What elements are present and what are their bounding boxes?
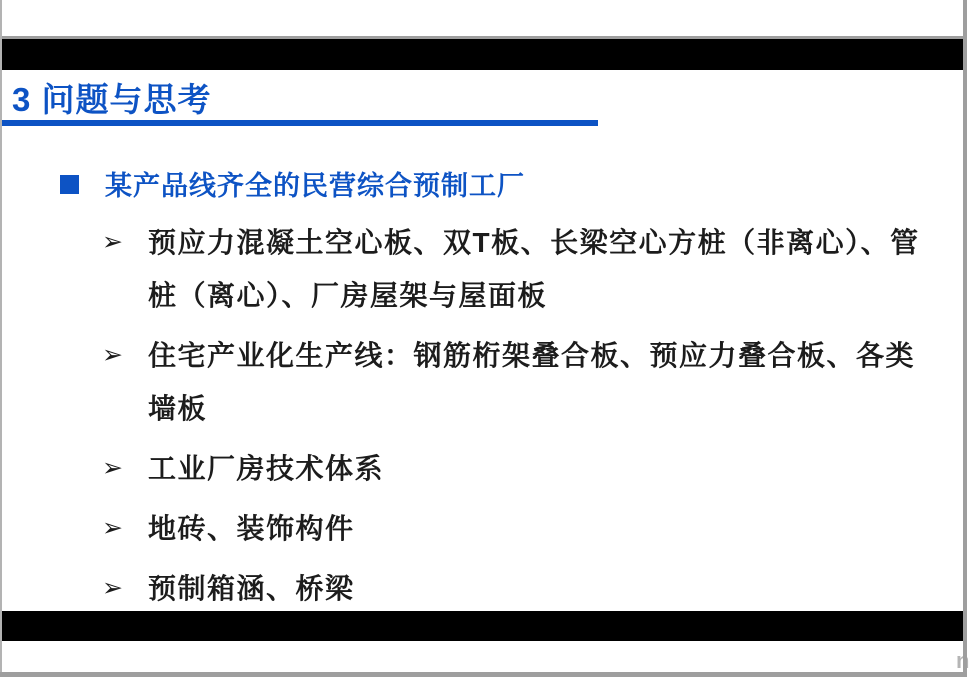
arrow-bullet-icon: ➢	[102, 329, 148, 382]
slide-left-edge	[0, 0, 2, 677]
section-heading-row: 某产品线齐全的民营综合预制工厂	[60, 164, 525, 203]
bullet-item: ➢ 工业厂房技术体系	[102, 442, 942, 495]
bullet-text: 地砖、装饰构件	[148, 502, 940, 555]
bullet-item: ➢ 预应力混凝土空心板、双T板、长梁空心方桩（非离心）、管桩（离心）、厂房屋架与…	[102, 216, 942, 322]
bullet-text: 预制箱涵、桥梁	[148, 562, 940, 615]
bullet-text: 住宅产业化生产线：钢筋桁架叠合板、预应力叠合板、各类墙板	[148, 329, 940, 435]
bullet-item: ➢ 预制箱涵、桥梁	[102, 562, 942, 615]
arrow-bullet-icon: ➢	[102, 442, 148, 495]
section-heading: 某产品线齐全的民营综合预制工厂	[105, 164, 525, 203]
arrow-bullet-icon: ➢	[102, 562, 148, 615]
arrow-bullet-icon: ➢	[102, 502, 148, 555]
bullet-item: ➢ 地砖、装饰构件	[102, 502, 942, 555]
bullet-item: ➢ 住宅产业化生产线：钢筋桁架叠合板、预应力叠合板、各类墙板	[102, 329, 942, 435]
arrow-bullet-icon: ➢	[102, 216, 148, 269]
bullet-list: ➢ 预应力混凝土空心板、双T板、长梁空心方桩（非离心）、管桩（离心）、厂房屋架与…	[102, 216, 942, 622]
square-bullet-icon	[60, 175, 79, 194]
presentation-slide: 3 问题与思考 某产品线齐全的民营综合预制工厂 ➢ 预应力混凝土空心板、双T板、…	[0, 0, 971, 685]
bullet-text: 预应力混凝土空心板、双T板、长梁空心方桩（非离心）、管桩（离心）、厂房屋架与屋面…	[148, 216, 940, 322]
title-underline	[2, 120, 598, 126]
top-black-bar	[0, 39, 963, 70]
bottom-black-bar	[0, 611, 963, 641]
slide-title: 3 问题与思考	[12, 74, 212, 121]
slide-right-edge	[963, 0, 967, 677]
slide-bottom-edge	[0, 672, 967, 677]
bullet-text: 工业厂房技术体系	[148, 442, 940, 495]
